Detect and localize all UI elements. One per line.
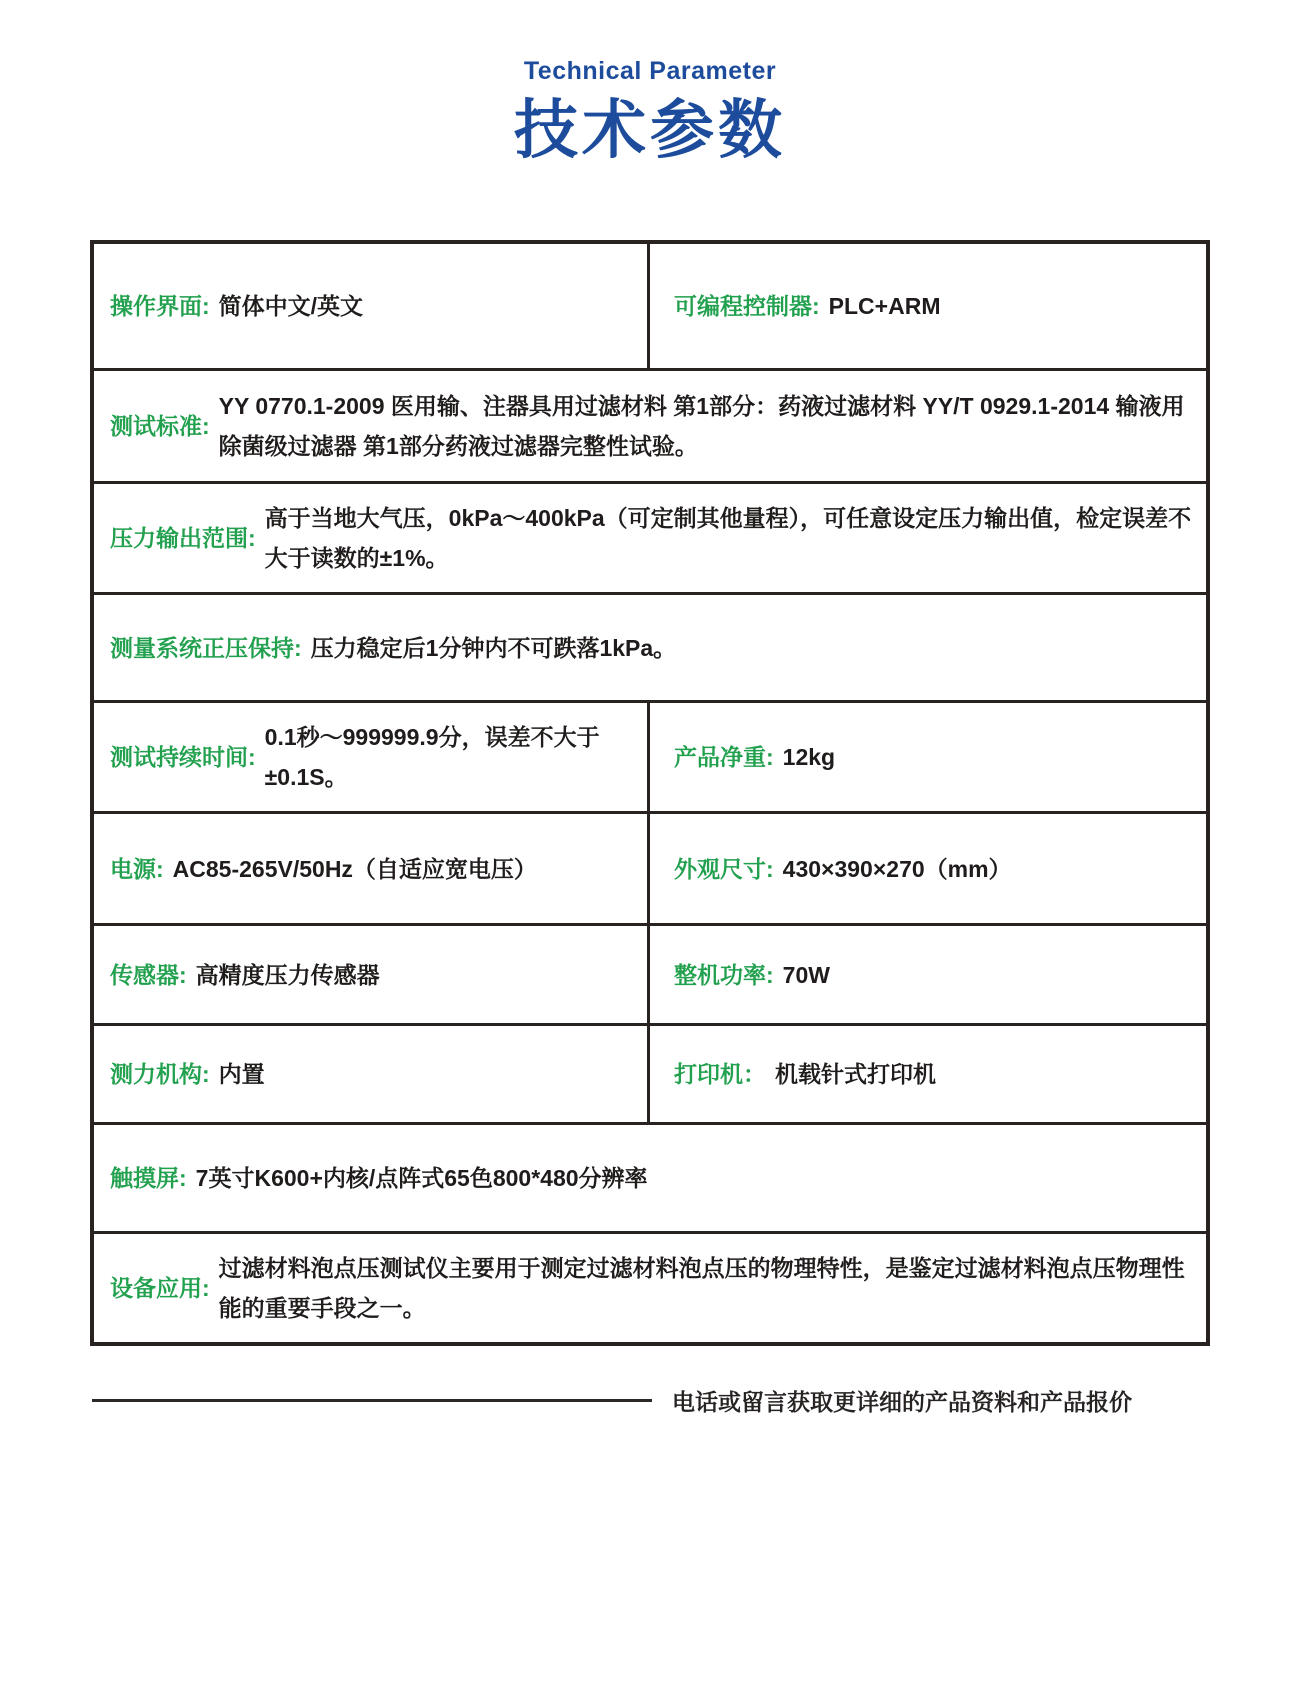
spec-sheet-page: Technical Parameter 技术参数 操作界面: 简体中文/英文 可…	[0, 0, 1300, 1699]
table-row: 测量系统正压保持: 压力稳定后1分钟内不可跌落1kPa。	[94, 592, 1206, 700]
footer: 电话或留言获取更详细的产品资料和产品报价	[92, 1384, 1132, 1417]
table-row: 测力机构: 内置 打印机： 机载针式打印机	[94, 1023, 1206, 1122]
programmable-controller-value: PLC+ARM	[829, 286, 941, 326]
positive-pressure-hold-value: 压力稳定后1分钟内不可跌落1kPa。	[311, 628, 677, 668]
dimensions-label: 外观尺寸:	[674, 849, 774, 889]
pressure-output-range-label: 压力输出范围:	[110, 518, 256, 558]
application-label: 设备应用:	[110, 1268, 210, 1308]
operation-interface-value: 简体中文/英文	[219, 286, 363, 326]
test-duration-label: 测试持续时间:	[110, 737, 256, 777]
cell-sensor: 传感器: 高精度压力传感器	[94, 926, 650, 1023]
page-header: Technical Parameter 技术参数	[0, 0, 1300, 168]
table-row: 测试持续时间: 0.1秒～999999.9分，误差不大于±0.1S。 产品净重:…	[94, 700, 1206, 811]
positive-pressure-hold-label: 测量系统正压保持:	[110, 628, 302, 668]
cell-net-weight: 产品净重: 12kg	[650, 703, 1206, 811]
footer-divider-line	[92, 1399, 652, 1402]
cell-test-duration: 测试持续时间: 0.1秒～999999.9分，误差不大于±0.1S。	[94, 703, 650, 811]
net-weight-value: 12kg	[783, 737, 835, 777]
table-row: 传感器: 高精度压力传感器 整机功率: 70W	[94, 923, 1206, 1023]
cell-total-power: 整机功率: 70W	[650, 926, 1206, 1023]
dimensions-value: 430×390×270（mm）	[783, 849, 1012, 889]
subtitle-english: Technical Parameter	[0, 56, 1300, 86]
sensor-value: 高精度压力传感器	[196, 955, 380, 995]
application-value: 过滤材料泡点压测试仪主要用于测定过滤材料泡点压的物理特性，是鉴定过滤材料泡点压物…	[219, 1248, 1194, 1328]
cell-pressure-output-range: 压力输出范围: 高于当地大气压，0kPa～400kPa（可定制其他量程），可任意…	[94, 484, 1206, 592]
table-row: 设备应用: 过滤材料泡点压测试仪主要用于测定过滤材料泡点压的物理特性，是鉴定过滤…	[94, 1231, 1206, 1342]
table-row: 压力输出范围: 高于当地大气压，0kPa～400kPa（可定制其他量程），可任意…	[94, 481, 1206, 592]
test-standard-label: 测试标准:	[110, 406, 210, 446]
power-supply-label: 电源:	[110, 849, 164, 889]
table-row: 操作界面: 简体中文/英文 可编程控制器: PLC+ARM	[94, 244, 1206, 368]
test-duration-value: 0.1秒～999999.9分，误差不大于±0.1S。	[265, 717, 635, 797]
footer-note: 电话或留言获取更详细的产品资料和产品报价	[672, 1384, 1132, 1417]
operation-interface-label: 操作界面:	[110, 286, 210, 326]
table-row: 测试标准: YY 0770.1-2009 医用输、注器具用过滤材料 第1部分：药…	[94, 368, 1206, 481]
cell-positive-pressure-hold: 测量系统正压保持: 压力稳定后1分钟内不可跌落1kPa。	[94, 595, 1206, 700]
net-weight-label: 产品净重:	[674, 737, 774, 777]
force-mechanism-label: 测力机构:	[110, 1054, 210, 1094]
cell-touchscreen: 触摸屏: 7英寸K600+内核/点阵式65色800*480分辨率	[94, 1125, 1206, 1231]
technical-parameter-table: 操作界面: 简体中文/英文 可编程控制器: PLC+ARM 测试标准: YY 0…	[90, 240, 1210, 1346]
sensor-label: 传感器:	[110, 955, 187, 995]
printer-label: 打印机：	[674, 1054, 766, 1094]
total-power-value: 70W	[783, 955, 830, 995]
printer-value: 机载针式打印机	[775, 1054, 936, 1094]
power-supply-value: AC85-265V/50Hz（自适应宽电压）	[173, 849, 537, 889]
table-row: 触摸屏: 7英寸K600+内核/点阵式65色800*480分辨率	[94, 1122, 1206, 1231]
cell-printer: 打印机： 机载针式打印机	[650, 1026, 1206, 1122]
cell-force-mechanism: 测力机构: 内置	[94, 1026, 650, 1122]
cell-test-standard: 测试标准: YY 0770.1-2009 医用输、注器具用过滤材料 第1部分：药…	[94, 371, 1206, 481]
touchscreen-label: 触摸屏:	[110, 1158, 187, 1198]
cell-programmable-controller: 可编程控制器: PLC+ARM	[650, 244, 1206, 368]
pressure-output-range-value: 高于当地大气压，0kPa～400kPa（可定制其他量程），可任意设定压力输出值，…	[265, 498, 1194, 578]
test-standard-value: YY 0770.1-2009 医用输、注器具用过滤材料 第1部分：药液过滤材料 …	[219, 386, 1194, 466]
force-mechanism-value: 内置	[219, 1054, 265, 1094]
cell-power-supply: 电源: AC85-265V/50Hz（自适应宽电压）	[94, 814, 650, 923]
touchscreen-value: 7英寸K600+内核/点阵式65色800*480分辨率	[196, 1158, 648, 1198]
cell-dimensions: 外观尺寸: 430×390×270（mm）	[650, 814, 1206, 923]
cell-application: 设备应用: 过滤材料泡点压测试仪主要用于测定过滤材料泡点压的物理特性，是鉴定过滤…	[94, 1234, 1206, 1342]
page-title: 技术参数	[0, 94, 1300, 168]
cell-operation-interface: 操作界面: 简体中文/英文	[94, 244, 650, 368]
table-row: 电源: AC85-265V/50Hz（自适应宽电压） 外观尺寸: 430×390…	[94, 811, 1206, 923]
total-power-label: 整机功率:	[674, 955, 774, 995]
programmable-controller-label: 可编程控制器:	[674, 286, 820, 326]
